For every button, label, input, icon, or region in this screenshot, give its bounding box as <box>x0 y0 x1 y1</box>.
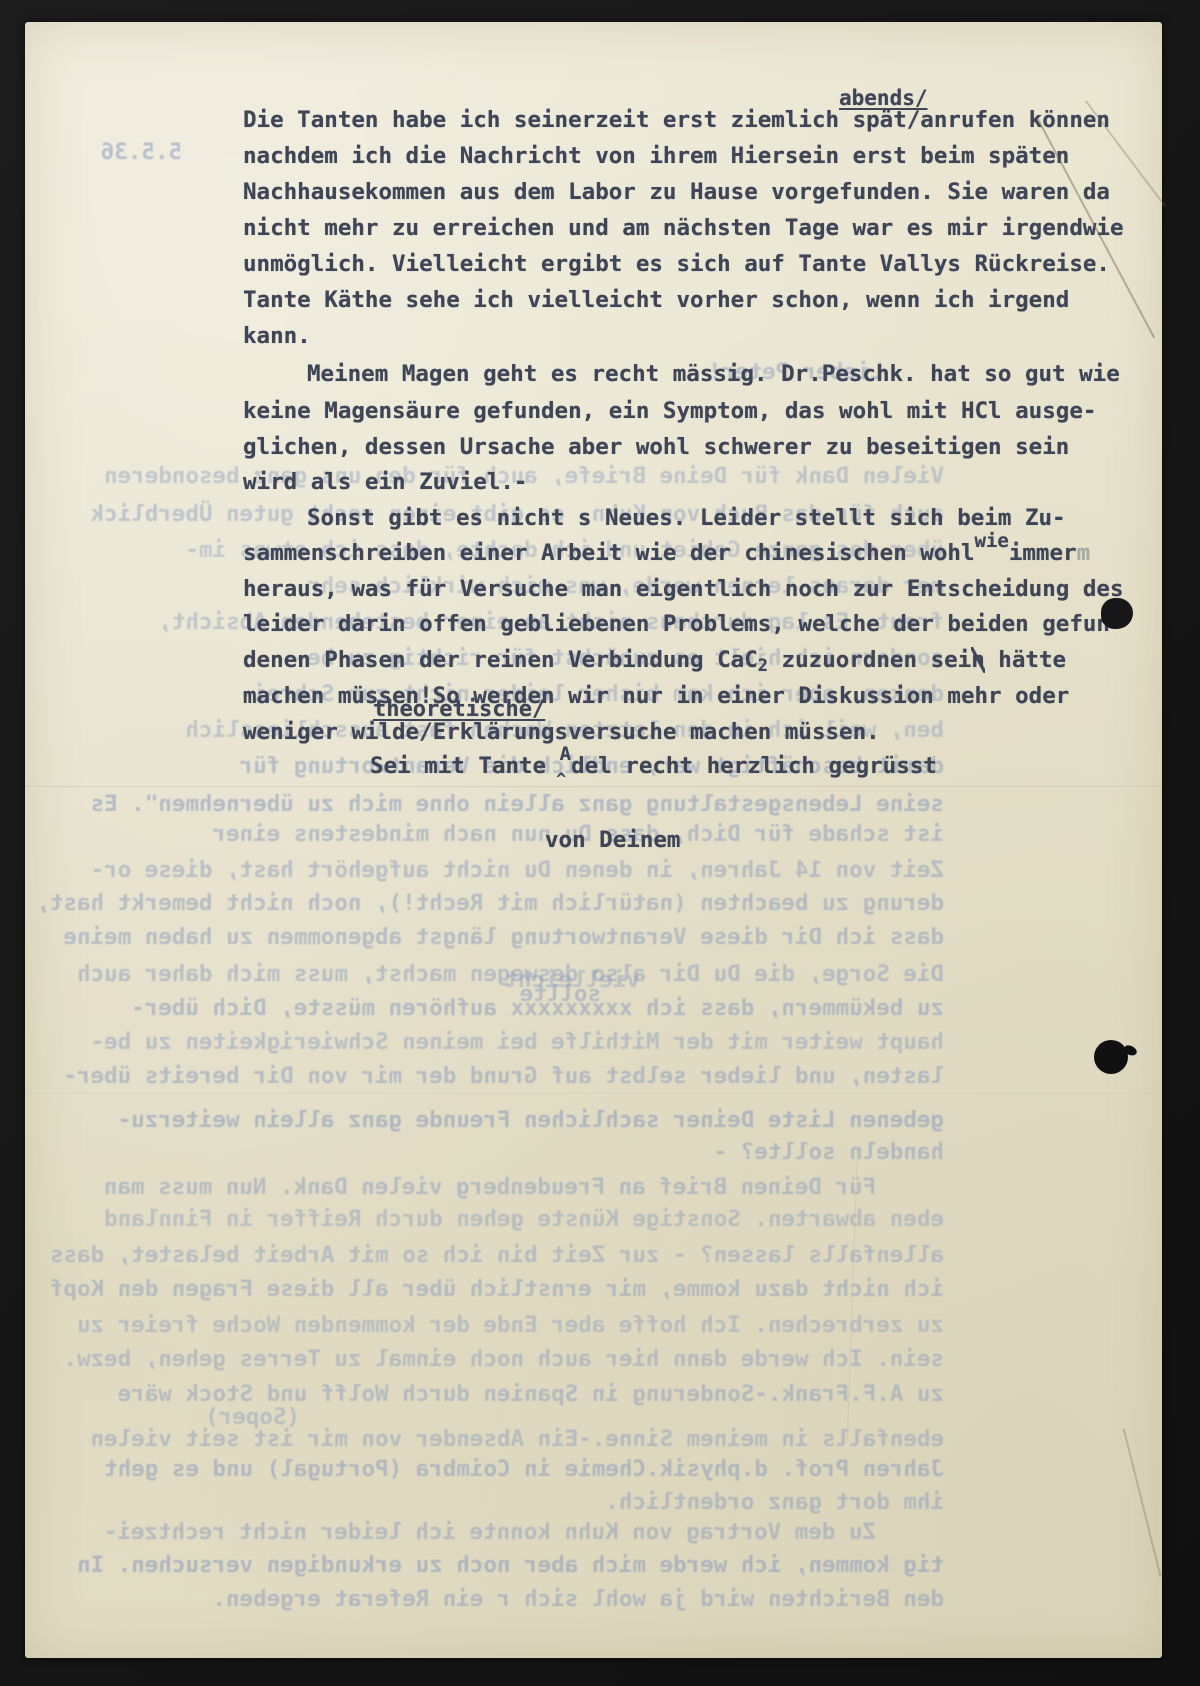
typed-line: leider darin offen gebliebenen Problems,… <box>243 612 1124 636</box>
typed-line: nicht mehr zu erreichen und am nächsten … <box>243 216 1124 240</box>
typed-line: wird als ein Zuviel.- <box>243 470 527 494</box>
bleedthrough-line: allenfalls lassen? - zur Zeit bin ich so… <box>64 1243 944 1267</box>
typed-line: glichen, dessen Ursache aber wohl schwer… <box>243 435 1069 459</box>
interline-insertion-theoretische: theoretische/ <box>373 697 545 722</box>
bleedthrough-line: ihm dort ganz ordentlich. <box>64 1490 944 1514</box>
bleedthrough-line: sein. Ich werde dann hier auch noch einm… <box>64 1347 944 1371</box>
typed-line: sammenschreiben einer Arbeit wie der chi… <box>243 541 1090 566</box>
bleedthrough-line: Für Deinen Brief an Freudenberg vielen D… <box>64 1175 944 1199</box>
typed-line: Sei mit Tante Adel recht herzlich gegrüs… <box>370 754 937 779</box>
typed-segment: zuzuordnen sei <box>768 647 971 673</box>
typed-line: Nachhausekommen aus dem Labor zu Hause v… <box>243 180 1110 204</box>
typed-line: Tante Käthe sehe ich vielleicht vorher s… <box>243 288 1069 312</box>
typed-line: unmöglich. Vielleicht ergibt es sich auf… <box>243 252 1110 276</box>
bleedthrough-line: den Berichten wird ja wohl sich r ein Re… <box>64 1587 944 1611</box>
bleedthrough-line: ebenfalls in meinem Sinne.-Ein Absender … <box>64 1427 944 1451</box>
bleedthrough-line: ist schade für Dich, dass Du nun nach mi… <box>64 822 944 846</box>
punch-hole <box>1094 1040 1128 1074</box>
bleedthrough-line: zu bekümmern, dass ich xxxxxxxxx aufhöre… <box>64 996 944 1020</box>
signature-line: von Deinem <box>545 828 680 852</box>
typed-line: nachdem ich die Nachricht von ihrem Hier… <box>243 144 1069 168</box>
bleedthrough-line: Zeit von 14 Jahren, in denen Du nicht au… <box>64 858 944 882</box>
typed-segment: hätte <box>985 647 1066 673</box>
caret-insertion-mark: ^ <box>556 770 566 790</box>
bleedthrough-line: gebenen Liste Deiner sachlichen Freunde … <box>64 1108 944 1132</box>
bleedthrough-line: Jahren Prof. d.physik.Chemie in Coimbra … <box>64 1457 944 1481</box>
bleedthrough-line: eben abwarten. Sonstige Künste gehen dur… <box>64 1207 944 1231</box>
typed-segment: denen Phasen der reinen Verbindung CaC <box>243 647 758 673</box>
typed-line: Sonst gibt es nicht s Neues. Leider stel… <box>307 506 1066 530</box>
typed-line: heraus, was für Versuche man eigentlich … <box>243 577 1124 601</box>
bleedthrough-line: derung zu beachten (natürlich mit Recht!… <box>64 891 944 915</box>
bleedthrough-line: Zu dem Vortrag von Kuhn konnte ich leide… <box>64 1520 944 1544</box>
bleedthrough-line: tig kommen, ich werde mich aber noch zu … <box>64 1553 944 1577</box>
typed-segment: Sei mit Tante <box>370 753 560 779</box>
bleedthrough-line: dass ich Dir diese Verantwortung längst … <box>64 925 944 949</box>
typed-line: Die Tanten habe ich seinerzeit erst ziem… <box>243 108 1110 132</box>
typed-segment-sup: wie <box>975 529 1009 553</box>
scanned-letter-page: 5.5.36Lieber Peter!Vielen Dank für Deine… <box>0 0 1200 1686</box>
bleedthrough-line: zu A.F.Frank.-Sonderung in Spanien durch… <box>64 1382 944 1406</box>
typed-segment-strike: n <box>971 647 985 673</box>
bleedthrough-line: lasten, und lieber selbst auf Grund der … <box>64 1064 944 1088</box>
typed-line: denen Phasen der reinen Verbindung CaC2 … <box>243 648 1066 674</box>
typed-line: machen müssen!So werden wir nur in einer… <box>243 684 1069 708</box>
bleedthrough-line: zu zerbrechen. Ich hoffe aber Ende der k… <box>64 1313 944 1337</box>
typed-line: weniger wilde/Erklärungsversuche machen … <box>243 720 880 744</box>
typed-segment: immer <box>1009 540 1077 566</box>
bleedthrough-line: seine Lebensgestaltung ganz allein ohne … <box>64 792 944 816</box>
typed-line: kann. <box>243 324 311 348</box>
bleedthrough-line: haupt weiter mit der Mithilfe bei meinen… <box>64 1030 944 1054</box>
typed-line: keine Magensäure gefunden, ein Symptom, … <box>243 399 1096 423</box>
typed-segment: del recht herzlich gegrüsst <box>571 753 937 779</box>
typed-segment-sup: A <box>560 742 571 766</box>
typed-segment-sub: 2 <box>758 654 768 678</box>
typed-segment: sammenschreiben einer Arbeit wie der chi… <box>243 540 975 566</box>
bleedthrough-line: handeln sollte? - <box>64 1140 944 1164</box>
typed-segment-faint: m <box>1077 540 1091 566</box>
interline-insertion-abends: abends/ <box>839 86 928 110</box>
typed-line: Meinem Magen geht es recht mässig. Dr.Pe… <box>307 362 1120 386</box>
bleedthrough-line: ich nicht dazu komme, mir ernstlich über… <box>64 1277 944 1301</box>
